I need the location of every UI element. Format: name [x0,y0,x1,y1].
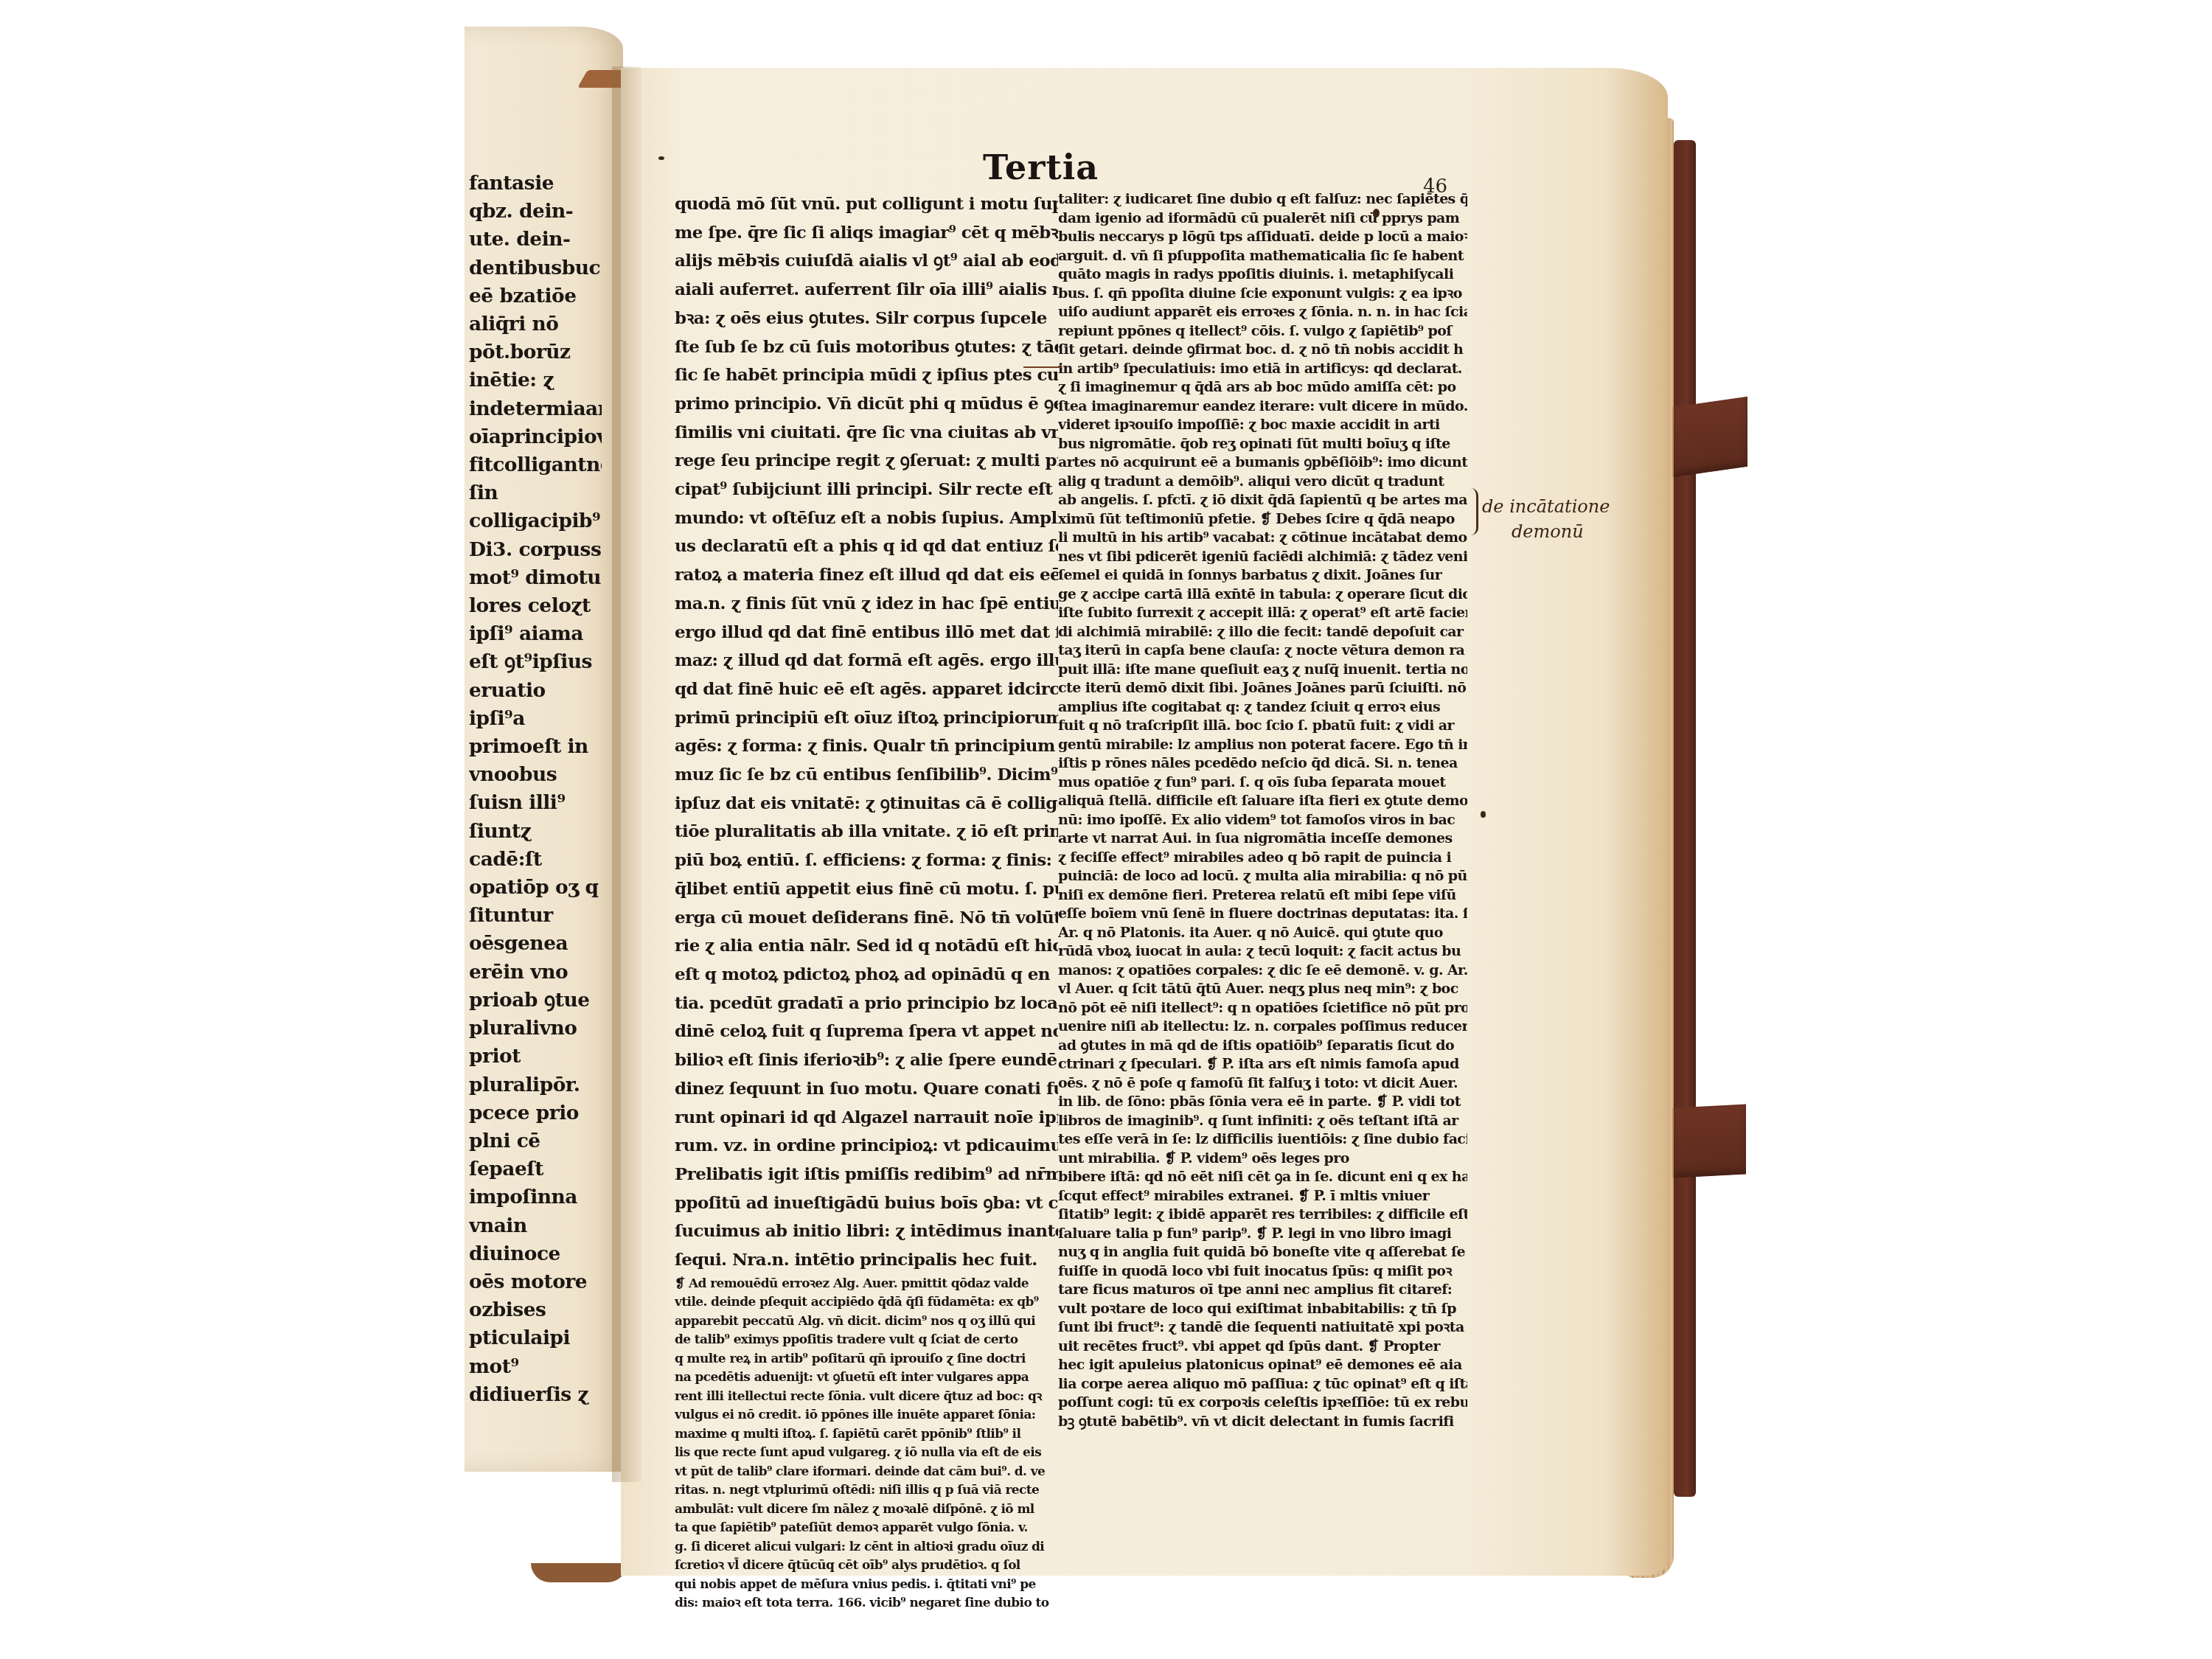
text-line: vulgus ei nō credit. iō ppōnes ille inuē… [675,1406,1058,1425]
text-line: ipſuz dat eis vnitatē: ɀ ꝯtinuitas cā ē … [675,790,1058,818]
text-line: dinez ſequunt in ſuo motu. Quare conati … [675,1075,1058,1104]
text-line: bus. ſ. qn̄ ppoſita diuine ſcie exponunt… [1058,285,1467,304]
manuscript-underline [1023,366,1062,368]
text-line: Ar. q nō Platonis. ita Auer. q nō Auicē.… [1058,924,1467,943]
text-line: gentū mirabile: lz amplius non poterat f… [1058,736,1467,755]
text-line: ſemel ei quidā in ſonnys barbatus ɀ dixi… [1058,566,1467,585]
text-line: ſcqut effect⁹ mirabiles extranei. ❡ P. ī… [1058,1187,1467,1206]
text-line: ad ꝯtutes in mā qd de iſtis opatiōib⁹ ſe… [1058,1037,1467,1056]
text-line: ❡ Ad remouēdū erroꝛez Alg. Auer. pmittit… [675,1275,1058,1294]
text-line: ſitatib⁹ legit: ɀ ibidē apparēt res terr… [1058,1206,1467,1225]
text-line: puinciā: de loco ad locū. ɀ multa alia m… [1058,867,1467,886]
text-line: amplius iſte cogitabat q: ɀ tandez ſciui… [1058,698,1467,717]
text-line: 3. corpus [493,538,591,561]
text-line: na pcedētis aduenijt: vt ꝯſuetū eſt inte… [675,1368,1058,1388]
text-line: rent illi itellectui recte ſōnia. vult d… [675,1388,1058,1407]
text-line: agēs: ɀ forma: ɀ finis. Qualr tn̄ princi… [675,732,1058,761]
text-line: runt opinari id qd Algazel narrauit noīe… [675,1104,1058,1133]
text-line: rie ɀ alia entia nālr. Sed id q notādū e… [675,932,1058,961]
marginal-note-line-1: de incātatione [1482,496,1610,517]
text-line: di alchimiā mirabilē: ɀ illo die fecit: … [1058,623,1467,642]
ink-spot [1373,209,1380,218]
text-line: poſſunt cogi: tū ex corpoꝛis celeſtis ip… [1058,1394,1467,1413]
text-line: nuʒ q in anglia fuit quidā bō boneſte vi… [1058,1243,1467,1262]
text-line: oēs. ɀ nō ē poſe q famoſū ſit falſuʒ i t… [1058,1074,1467,1093]
text-line: tare ficus maturos oī tpe anni nec ampli… [1058,1281,1467,1300]
text-line: ab ꝯtu [512,989,577,1012]
text-line: iſte ſubito ſurrexit ɀ accepit illā: ɀ o… [1058,604,1467,623]
text-line: ta que ſapiētib⁹ pateſiūt demoꝛ apparēt … [675,1519,1058,1538]
text-line: hec igit apuleius platonicus opinat⁹ eē … [1058,1356,1467,1375]
text-line: maxime q multi iſtoꝝ. ſ. ſapiētū carēt p… [675,1425,1058,1444]
text-line: primū principiū eſt oīuz iſtoꝝ principio… [675,704,1058,733]
text-line: eſt q motoꝝ pdictoꝝ phoꝝ ad opinādū q en [675,961,1058,990]
text-line: primo principio. Vn̄ dicūt phi q mūdus ē… [675,390,1058,419]
text-line: dis: maioꝛ eſt tota terra. 166. vicib⁹ n… [675,1594,1058,1613]
text-line: fuiſſe in quodā loco vbi fuit inocatus ſ… [1058,1262,1467,1281]
text-line: qui nobis appet de mēſura vnius pedis. i… [675,1576,1058,1595]
text-line: dam igenio ad iformādū cū pualerēt niſi … [1058,209,1467,229]
clasp-strap-bottom [1672,1104,1746,1178]
text-line: uiſo audiunt apparēt eis erroꝛes ɀ ſōnia… [1058,303,1467,322]
text-line: ſit getari. deinde ꝯfirmat boc. d. ɀ nō … [1058,341,1467,360]
text-line: ſimilis vni ciuitati. q̄re ſic vna ciuit… [675,419,1058,448]
text-line: ſcretioꝛ vl̄ dicere q̄tūcūq cēt oīb⁹ aly… [675,1557,1058,1576]
text-line: bibere iſtā: qd nō eēt niſi cēt ꝯa in ſe… [1058,1168,1467,1187]
text-line: eſſe boīem vnū ſenē in fluere doctrinas … [1058,905,1467,924]
text-line: unt mirabilia. ❡ P. videm⁹ oēs leges pro [1058,1150,1467,1169]
text-line: bꝛa: ɀ oēs eius ꝯtutes. Silr corpus ſupc… [675,305,1058,333]
text-line: lis que recte ſunt apud vulgareg. ɀ iō n… [675,1444,1058,1463]
text-line: muz ſic ſe bz cū entibus ſenſibilib⁹. Di… [675,761,1058,790]
text-line: niſi ex demōne fieri. Preterea relatū eſ… [1058,886,1467,905]
text-line: cipat⁹ ſubijciunt illi principi. Silr re… [675,476,1058,504]
text-line: rūdā vboꝝ iuocat in aula: ɀ tecū loquit:… [1058,942,1467,961]
text-line: uit recētes fruct⁹. vbi appet qd ſpūs da… [1058,1338,1467,1357]
text-line: ſte ſub ſe bz cū ſuis motoribus ꝯtutes: … [675,333,1058,362]
text-line: tia. pcedūt gradatī a prio principio bz … [675,990,1058,1018]
text-line: taʒ iterū in capſa bene clauſa: ɀ nocte … [1058,641,1467,661]
spine-bottom-edge [531,1563,627,1582]
text-line: qd dat finē huic eē eſt agēs. apparet id… [675,675,1058,704]
text-line: ge ɀ accipe cartā illā exn̄tē in tabula:… [1058,585,1467,605]
text-line: ſunt ibi fruct⁹: ɀ tandē die ſequenti na… [1058,1318,1467,1338]
manuscript-bracket [1463,488,1478,535]
text-line: in lib. de ſōno: pbās ſōnia vera eē in p… [1058,1093,1467,1112]
text-line: ɀ feciſſe effect⁹ mirabiles adeo q bō ra… [1058,849,1467,868]
text-line: me ſpe. q̄re ſic ſi aliqs imagiar⁹ cēt q… [675,219,1058,248]
text-line: nū: imo ipoſſē. Ex alio videm⁹ tot famoſ… [1058,811,1467,830]
text-line: ſucuimus ab initio libri: ɀ intēdimus in… [675,1217,1058,1246]
text-line: lia corpe aerea aliquo mō paſſiua: ɀ tūc… [1058,1375,1467,1394]
text-line: li multū in his artib⁹ vacabat: ɀ cōtinu… [1058,529,1467,548]
text-line: alijs mēbꝛis cuiuſdā aialis vl ꝯt⁹ aial … [675,247,1058,276]
ink-spot [1481,811,1486,818]
text-line: ctrinari ɀ ſpeculari. ❡ P. iſta ars eſt … [1058,1055,1467,1074]
text-line: dinē celoꝝ fuit q ſuprema ſpera vt appet… [675,1018,1058,1046]
text-line: ratoꝝ a materia finez eſt illud qd dat e… [675,561,1058,590]
text-line: q̄libet entiū appetit eius finē cū motu.… [675,875,1058,904]
text-line: iſtis p rōnes nāles pcedēdo neſcio q̄d d… [1058,754,1467,773]
text-line: us declaratū eſt a phis q id qd dat enti… [675,532,1058,561]
text-line: res celoɀ [489,594,582,617]
text-line: arte vt narrat Aui. in ſua nigromātia in… [1058,829,1467,849]
text-line: ſic ſe habēt principia mūdi ɀ ipſius pte… [675,361,1058,390]
text-line: libros de imaginib⁹. q ſunt infiniti: ɀ … [1058,1112,1467,1131]
gutter-shadow [612,66,641,1482]
text-line: diuerſis ɀ [490,1383,588,1406]
text-line: ppoſitū ad inueſtigādū buius boīs ꝯba: v… [675,1189,1058,1218]
text-line: vult poꝛtare de loco qui exiſtimat inbab… [1058,1300,1467,1319]
text-line: fuit q nō traſcripſit illā. boc ſcio ſ. … [1058,717,1467,736]
text-line: ximū ſūt teſtimoniū pfetie. ❡ Debes ſcir… [1058,510,1467,529]
text-line: ritas. n. negt vtplurimū oſtēdi: niſi il… [675,1481,1058,1500]
text-line: vt pūt de talib⁹ clare iformari. deinde … [675,1463,1058,1482]
text-line: bꝫ ꝯtutē babētib⁹. vn̄ vt dicit delectan… [1058,1413,1467,1432]
text-line: ab angelis. ſ. pfctī. ɀ iō dixit q̄dā ſa… [1058,491,1467,510]
marginal-note: de incātatione demonū [1482,494,1630,544]
text-line: bulis neccarys p lōgū tps aſſiduatī. dei… [1058,228,1467,247]
text-line: tiōe pluralitatis ab illa vnitate. ɀ iō … [675,818,1058,846]
left-page-text-column: fantasie qbz. dein-ute. dein-dentibusbuc… [469,170,602,1409]
photo-stage: fantasie qbz. dein-ute. dein-dentibusbuc… [0,0,2212,1659]
text-line: ſequi. Nra.n. intētio principalis hec fu… [675,1246,1058,1275]
text-line: cte iterū demō dixit ſibi. Joānes Joānes… [1058,679,1467,698]
text-line: ambulāt: vult dicere ſm nālez ɀ moꝛalē d… [675,1500,1058,1520]
text-line: vtile. deinde pſequit accipiēdo q̄dā q̄ſ… [675,1293,1058,1312]
text-line: uenire niſi ab itellectu: lz. n. corpale… [1058,1018,1467,1037]
text-line: repiunt ppōnes q itellect⁹ cōis. ſ. vulg… [1058,322,1467,341]
text-line: vl Auer. q ſcit tātū q̄tū Auer. neqʒ plu… [1058,980,1467,999]
text-line: ſaluare talia p fun⁹ parip⁹. ❡ P. legi i… [1058,1225,1467,1244]
text-line: manos: ɀ opatiōes corpales: ɀ dic ſe eē … [1058,961,1467,981]
text-line: principio [501,425,597,448]
text-line: artes nō acquirunt eē a bumanis ꝯpbēſiōi… [1058,453,1467,473]
marginal-note-line-2: demonū [1482,519,1630,544]
text-line: alig q tradunt a demōib⁹. aliqui vero di… [1058,473,1467,492]
text-line: dentibus [469,257,562,279]
text-line: erga cū mouet deſiderans finē. Nō tn̄ vo… [675,904,1058,933]
text-line: maz: ɀ illud qd dat formā eſt agēs. ergo… [675,647,1058,675]
text-line: rege ſeu principe regit ɀ ꝯſeruat: ɀ mul… [675,447,1058,476]
text-line: piū boꝝ entiū. ſ. efficiens: ɀ forma: ɀ … [675,846,1058,875]
text-line: ute. dein- [469,228,571,251]
text-column-right: taliter: ɀ iudicaret ſine dubio q eſt fa… [1058,190,1467,1431]
text-line: de talib⁹ eximys ppoſitis tradere vult q… [675,1331,1058,1350]
running-head: Tertia [983,147,1099,187]
text-line: determia [490,397,585,420]
text-line: bilioꝛ eſt ſinis iferioꝛib⁹: ɀ alie ſper… [675,1046,1058,1075]
text-line: nes vt ſibi pdicerēt igeniū faciēdi alch… [1058,548,1467,567]
text-line: aiali auferret. auferrent ſilr oīa illi⁹… [675,276,1058,305]
text-line: quāto magis in radys ppoſitis diuinis. i… [1058,265,1467,285]
ink-spot [658,156,664,160]
text-line: nō pōt eē niſi itellect⁹: q n opatiōes ſ… [1058,999,1467,1018]
text-line: tes eſſe verā in ſe: lz difficilis iuent… [1058,1130,1467,1150]
text-line: q multe reꝝ in artib⁹ poſitarū qn̄ iprou… [675,1350,1058,1369]
text-line: arguit. d. vn̄ ſi pſuppoſita mathematica… [1058,247,1467,266]
text-line: quodā mō ſūt vnū. put colligunt i motu ſ… [675,190,1058,219]
text-column-left: quodā mō ſūt vnū. put colligunt i motu ſ… [675,190,1058,1613]
clasp-strap-top [1672,397,1747,477]
text-line: ſtea imaginaremur eandez iterare: vult d… [1058,397,1467,417]
back-cover-board [1674,140,1696,1497]
text-line: mus opatiōe ɀ fun⁹ pari. ſ. q oīs ſuba ſ… [1058,773,1467,793]
text-line: taliter: ɀ iudicaret ſine dubio q eſt fa… [1058,190,1467,209]
text-line: mundo: vt oſtēſuz eſt a nobis ſupius. Am… [675,504,1058,533]
text-line: bz. dein- [482,200,573,223]
text-line: rum. vz. in ordine principioꝝ: vt pdicau… [675,1132,1058,1161]
text-line: ergo illud qd dat finē entibus illō met … [675,619,1058,647]
text-line: ma.n. ɀ finis ſūt vnū ɀ idez in hac ſpē … [675,590,1058,619]
text-line: bus nigromātie. q̄ob reʒ opinati ſūt mul… [1058,435,1467,454]
text-line: aliquā ſtellā. difficile eſt ſaluare iſt… [1058,792,1467,811]
text-line: Prelibatis igit iſtis pmiſſis redibim⁹ a… [675,1161,1058,1189]
text-line: videret ipꝛouiſo impoſſiē: ɀ boc maxie a… [1058,416,1467,435]
text-line: g. ſi diceret alicui vulgari: lz cēnt in… [675,1538,1058,1557]
text-line: antiquoɀ [585,397,602,420]
text-line: puit illā: iſte mane queſiuit eaʒ ɀ nuſq… [1058,661,1467,680]
text-line: colligant [493,453,586,476]
text-line: ɀ ſi imaginemur q q̄dā ars ab boc mūdo a… [1058,378,1467,397]
text-line: in artib⁹ ſpeculatiuis: imo etiā in arti… [1058,360,1467,379]
text-line: apparebit peccatū Alg. vn̄ dicit. dicim⁹… [675,1312,1058,1332]
